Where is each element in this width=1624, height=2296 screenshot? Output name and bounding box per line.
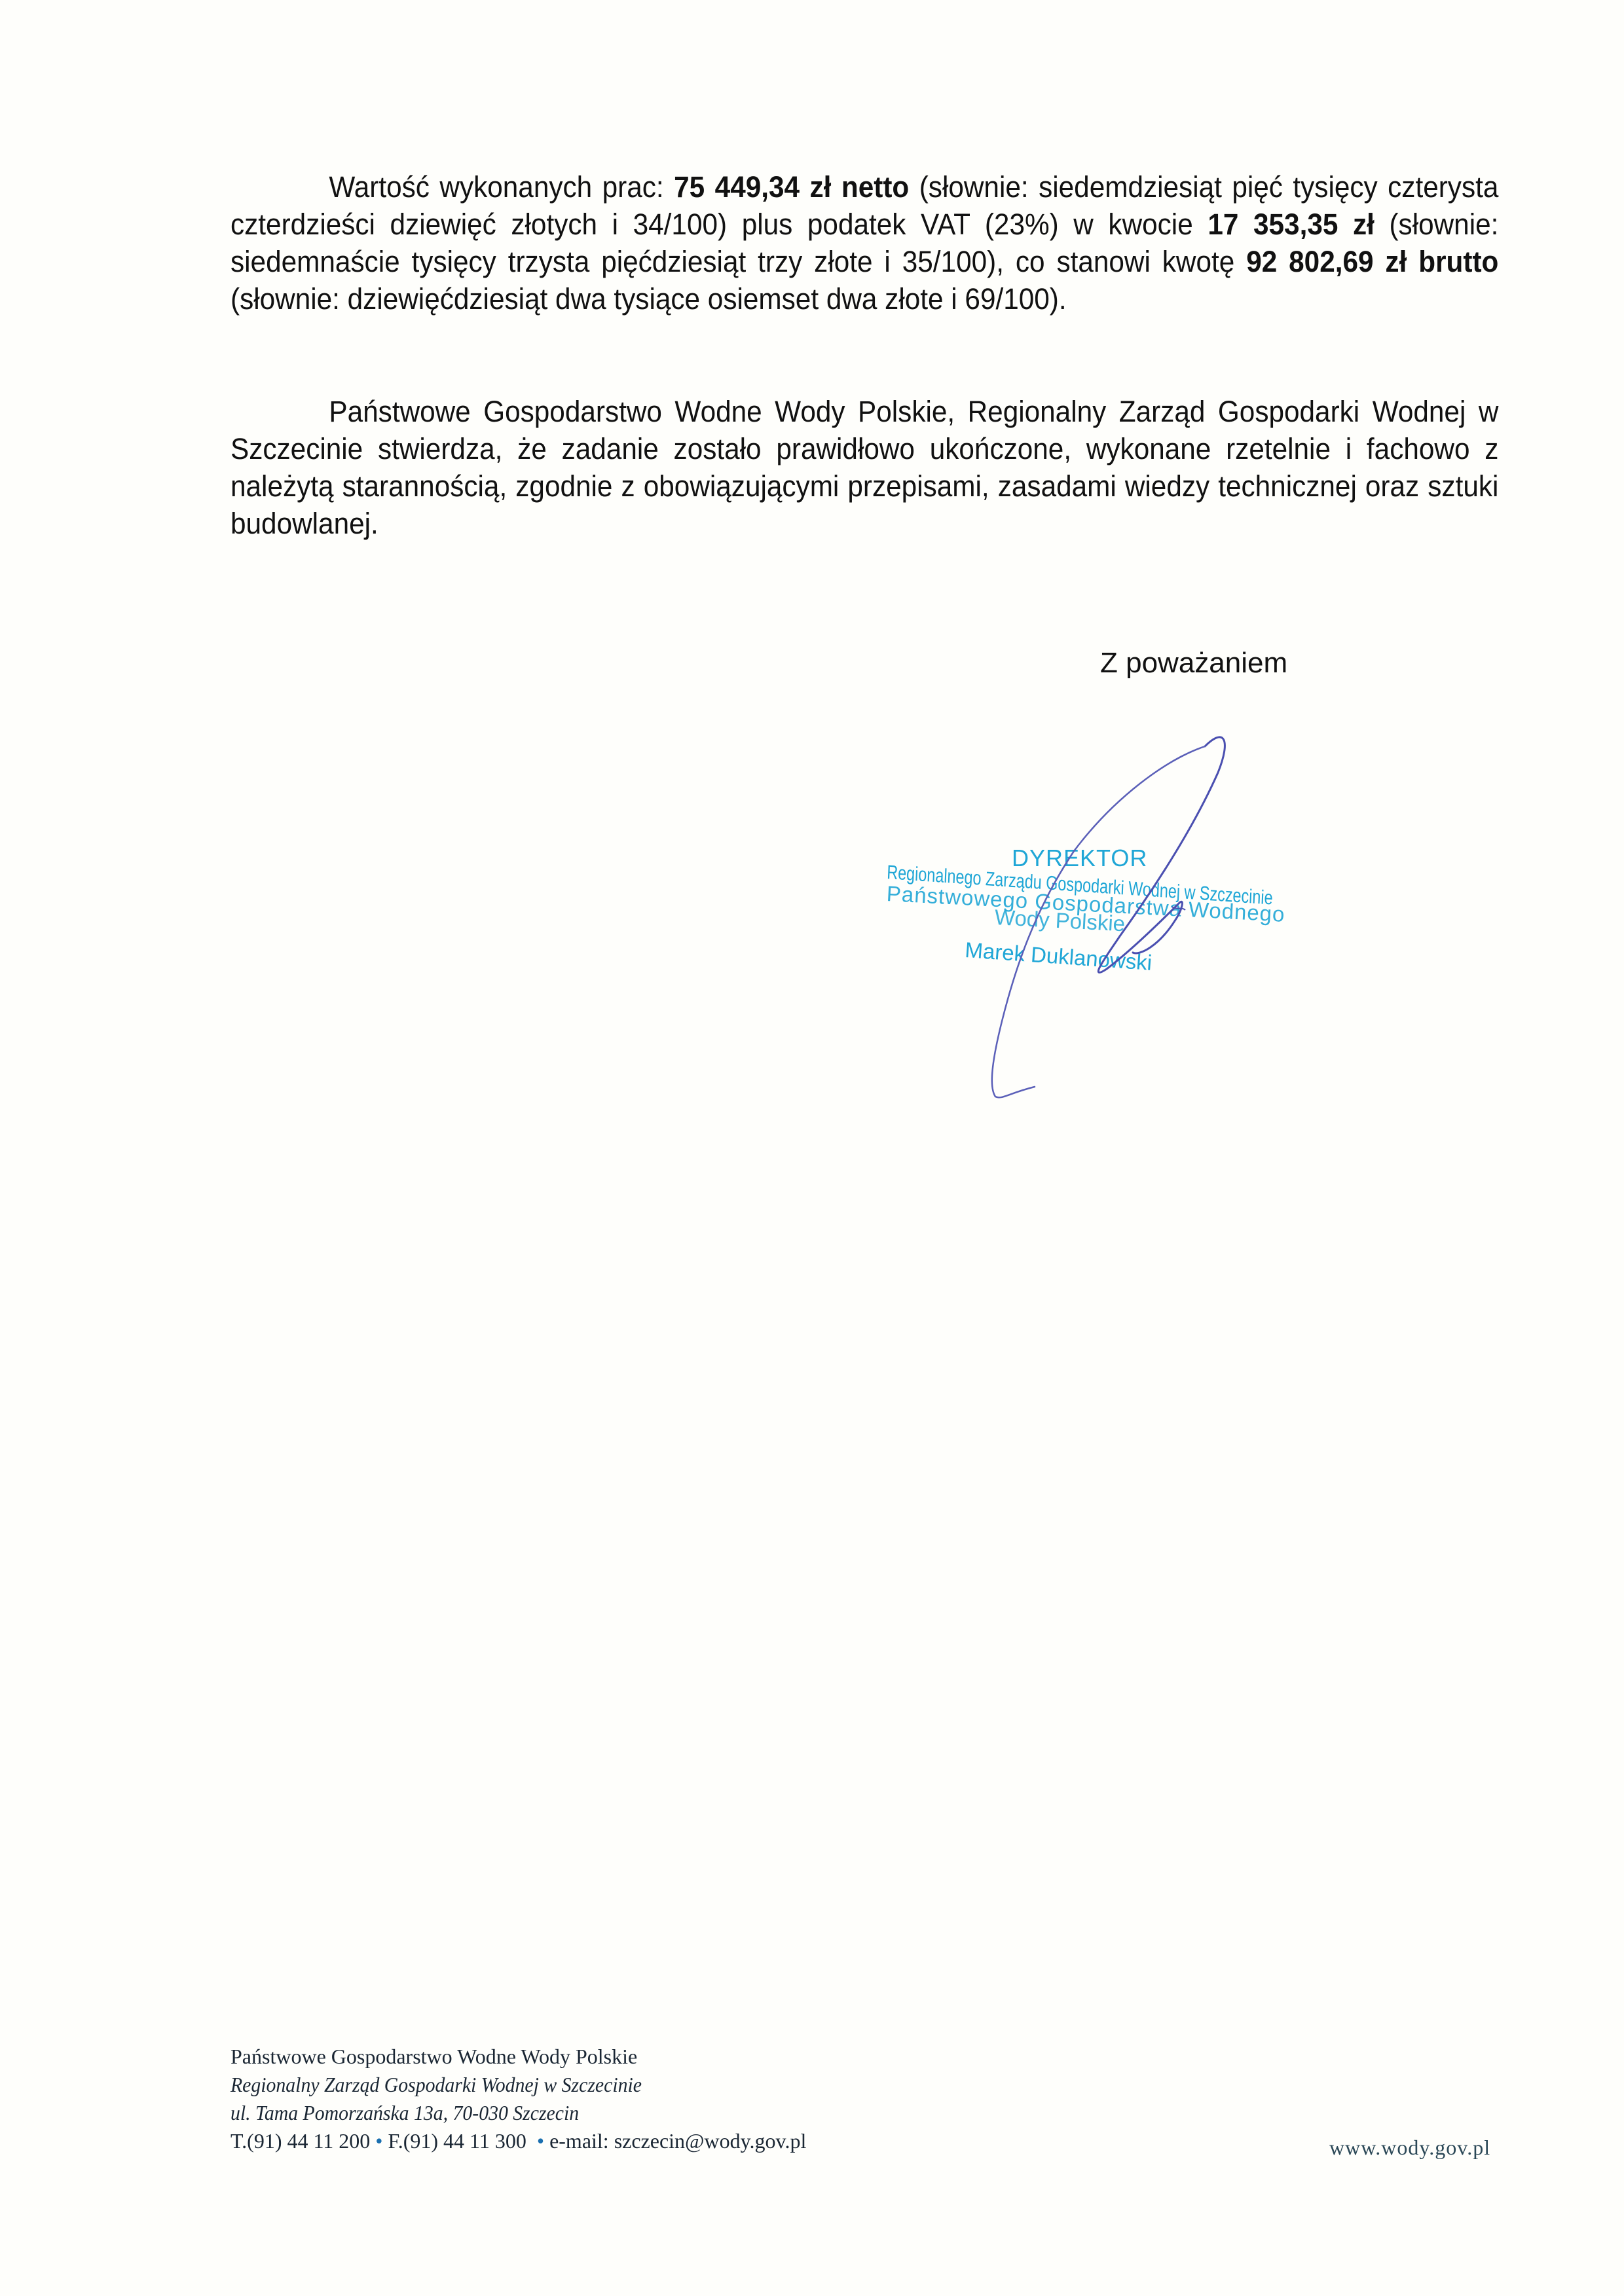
closing-greeting: Z poważaniem [1100,647,1287,680]
separator-dot-icon: • [375,2129,382,2153]
text-intro: Wartość wykonanych prac: [329,170,674,204]
paragraph-work-value: Wartość wykonanych prac: 75 449,34 zł ne… [231,168,1498,318]
paragraph-statement: Państwowe Gospodarstwo Wodne Wody Polski… [231,393,1498,542]
footer-address: ul. Tama Pomorzańska 13a, 70-030 Szczeci… [231,2099,766,2127]
footer-phone: T.(91) 44 11 200 [231,2129,370,2153]
letterhead-footer: Państwowe Gospodarstwo Wodne Wody Polski… [231,2043,806,2155]
footer-fax: F.(91) 44 11 300 [388,2129,526,2153]
handwritten-signature-icon [917,720,1283,1113]
footer-website-link[interactable]: www.wody.gov.pl [1329,2136,1490,2160]
text-gross-words: (słownie: dziewięćdziesiąt dwa tysiące o… [231,282,1067,316]
footer-regional-office: Regionalny Zarząd Gospodarki Wodnej w Sz… [231,2071,766,2099]
footer-email[interactable]: e-mail: szczecin@wody.gov.pl [549,2129,806,2153]
separator-dot-icon: • [537,2129,544,2153]
footer-contact: T.(91) 44 11 200 • F.(91) 44 11 300 • e-… [231,2127,806,2155]
footer-organization: Państwowe Gospodarstwo Wodne Wody Polski… [231,2045,637,2068]
gross-amount: 92 802,69 zł brutto [1246,245,1498,278]
vat-amount: 17 353,35 zł [1208,208,1375,241]
net-amount: 75 449,34 zł netto [674,170,909,204]
letter-page: Wartość wykonanych prac: 75 449,34 zł ne… [0,0,1624,2296]
